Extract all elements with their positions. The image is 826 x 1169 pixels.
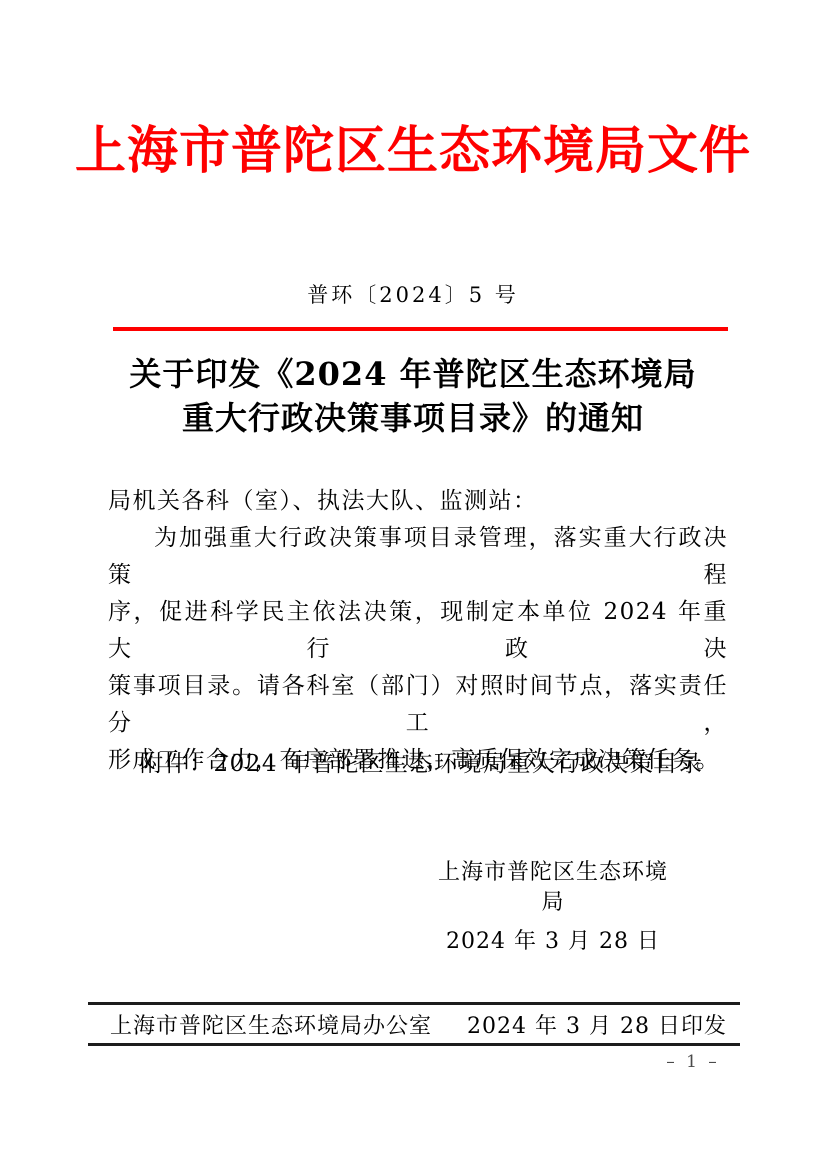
issuing-office: 上海市普陀区生态环境局办公室 <box>110 1009 432 1040</box>
footer-bottom-rule <box>88 1043 740 1046</box>
signature-agency-name: 上海市普陀区生态环境局 <box>433 858 673 918</box>
document-title-line-1: 关于印发《2024 年普陀区生态环境局 <box>0 352 826 396</box>
document-page: 上海市普陀区生态环境局文件 普环〔2024〕5 号 关于印发《2024 年普陀区… <box>0 0 826 1169</box>
print-date: 2024 年 3 月 28 日印发 <box>467 1009 727 1040</box>
attachment-reference: 附件：2024 年普陀区生态环境局重大行政决策目录 <box>140 748 703 780</box>
page-number: – 1 – <box>648 1052 738 1072</box>
document-footer: 上海市普陀区生态环境局办公室 2024 年 3 月 28 日印发 <box>88 1002 740 1046</box>
salutation-line: 局机关各科（室）、执法大队、监测站： <box>108 483 728 520</box>
red-divider-line <box>113 327 728 331</box>
agency-header-title: 上海市普陀区生态环境局文件 <box>0 116 826 186</box>
paragraph-line-1: 为加强重大行政决策事项目录管理，落实重大行政决策程 <box>108 520 728 594</box>
footer-info-row: 上海市普陀区生态环境局办公室 2024 年 3 月 28 日印发 <box>88 1005 740 1043</box>
signature-block: 上海市普陀区生态环境局 2024 年 3 月 28 日 <box>433 858 673 957</box>
document-number: 普环〔2024〕5 号 <box>0 280 826 310</box>
document-body: 局机关各科（室）、执法大队、监测站： 为加强重大行政决策事项目录管理，落实重大行… <box>108 483 728 779</box>
document-title: 关于印发《2024 年普陀区生态环境局 重大行政决策事项目录》的通知 <box>0 352 826 440</box>
document-title-line-2: 重大行政决策事项目录》的通知 <box>0 396 826 440</box>
signature-date: 2024 年 3 月 28 日 <box>433 927 673 957</box>
paragraph-line-3: 策事项目录。请各科室（部门）对照时间节点，落实责任分工， <box>108 668 728 742</box>
paragraph-line-2: 序，促进科学民主依法决策，现制定本单位 2024 年重大行政决 <box>108 594 728 668</box>
